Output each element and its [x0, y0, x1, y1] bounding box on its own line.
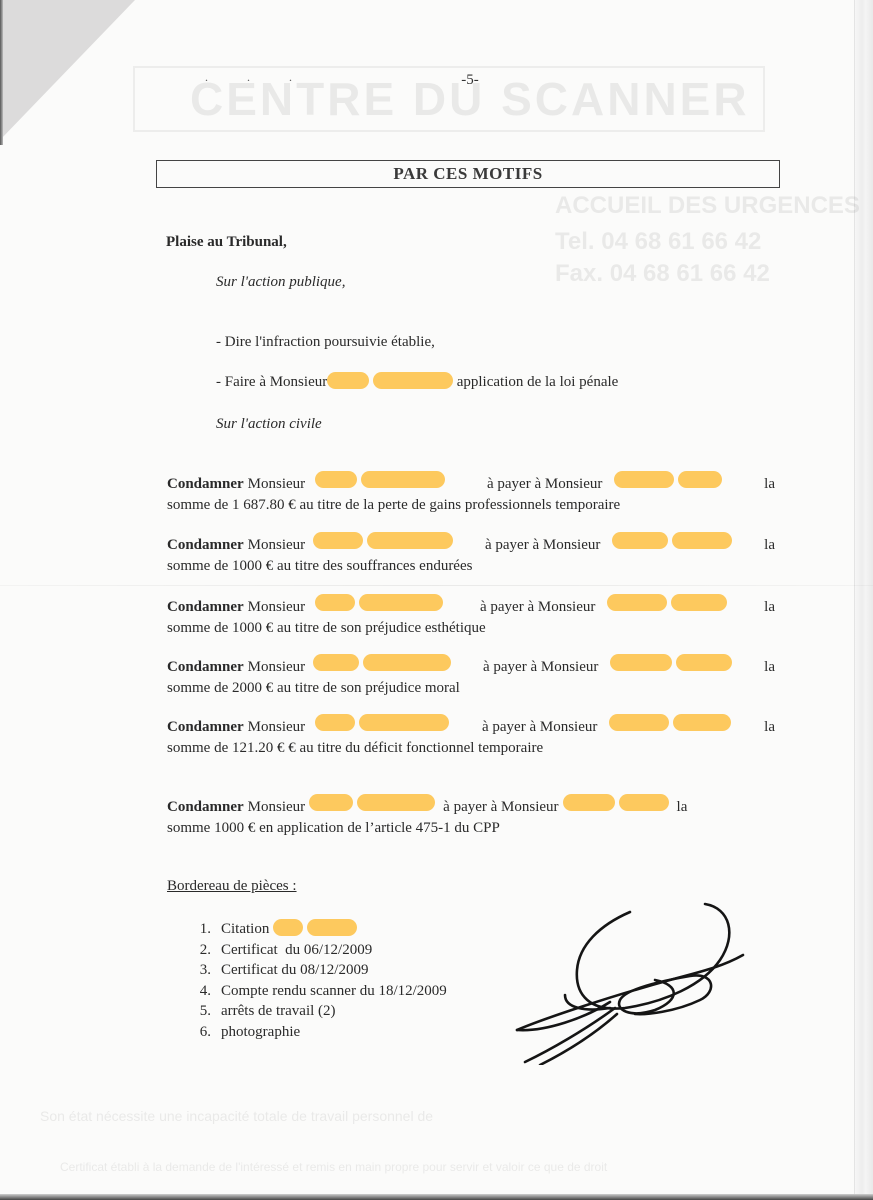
- redacted-name: [671, 594, 727, 611]
- exhibit-number: 6.: [193, 1022, 211, 1043]
- public-item-1: - Dire l'infraction poursuivie établie,: [216, 332, 435, 353]
- exhibit-number: 1.: [193, 919, 211, 940]
- redacted-name: [367, 532, 453, 549]
- condemnation-text: somme de 121.20 € € au titre du déficit …: [167, 738, 775, 759]
- folded-page-corner: [0, 0, 135, 140]
- condemnation-item: Condamner Monsieur à payer à Monsieur la…: [167, 654, 775, 699]
- public-item-2-suffix: application de la loi pénale: [457, 374, 619, 390]
- redacted-name: [309, 794, 353, 811]
- condemnation-text: somme 1000 € en application de l’article…: [167, 818, 727, 839]
- exhibit-item: 4. Compte rendu scanner du 18/12/2009: [193, 981, 447, 1002]
- redacted-name: [563, 794, 615, 811]
- condemnation-item: Condamner Monsieur à payer à Monsieur la…: [167, 594, 775, 639]
- defendant-title: Monsieur: [248, 474, 306, 495]
- redacted-name: [612, 532, 668, 549]
- trailing-word: la: [764, 657, 775, 678]
- defendant-title: Monsieur: [248, 657, 306, 678]
- bordereau-title: Bordereau de pièces :: [167, 878, 297, 895]
- trailing-word: la: [764, 474, 775, 495]
- bleed-through-text: Certificat établi à la demande de l'inté…: [60, 1160, 607, 1174]
- redacted-name: [610, 654, 672, 671]
- redacted-name: [359, 714, 449, 731]
- defendant-title: Monsieur: [248, 797, 306, 818]
- exhibit-label: Compte rendu scanner du 18/12/2009: [221, 981, 447, 1002]
- exhibit-label: Certificat du 08/12/2009: [221, 960, 368, 981]
- civil-action-heading: Sur l'action civile: [216, 414, 322, 435]
- redacted-name: [357, 794, 435, 811]
- condemnation-text: somme de 1000 € au titre de son préjudic…: [167, 618, 775, 639]
- exhibit-label: photographie: [221, 1022, 300, 1043]
- bleed-through-text: Son état nécessite une incapacité totale…: [40, 1108, 433, 1124]
- exhibit-number: 5.: [193, 1001, 211, 1022]
- condemnation-item: Condamner Monsieur à payer à Monsieur la…: [167, 471, 775, 516]
- trailing-word: la: [764, 717, 775, 738]
- redacted-name: [315, 471, 357, 488]
- redacted-name: [673, 714, 731, 731]
- exhibit-label: Certificat du 06/12/2009: [221, 940, 372, 961]
- redacted-name: [676, 654, 732, 671]
- bleed-through-text: ACCUEIL DES URGENCES: [555, 192, 860, 220]
- payee-prefix: à payer à Monsieur: [483, 657, 598, 678]
- payee-prefix: à payer à Monsieur: [487, 474, 602, 495]
- bleed-through-text: Tel. 04 68 61 66 42: [555, 228, 761, 256]
- exhibit-item: 6. photographie: [193, 1022, 447, 1043]
- redacted-name: [315, 594, 355, 611]
- condemnation-verb: Condamner: [167, 597, 244, 618]
- payee-prefix: à payer à Monsieur: [480, 597, 595, 618]
- exhibit-item: 3. Certificat du 08/12/2009: [193, 960, 447, 981]
- exhibit-label: arrêts de travail (2): [221, 1001, 336, 1022]
- condemnation-text: somme de 1000 € au titre des souffrances…: [167, 556, 775, 577]
- condemnation-item: Condamner Monsieur à payer à Monsieur la…: [167, 532, 775, 577]
- exhibit-list: 1. Citation 2. Certificat du 06/12/2009 …: [193, 919, 447, 1042]
- public-item-2-prefix: - Faire à Monsieur: [216, 374, 327, 390]
- redacted-name: [614, 471, 674, 488]
- redacted-name: [307, 919, 357, 936]
- exhibit-item: 2. Certificat du 06/12/2009: [193, 940, 447, 961]
- redacted-name: [607, 594, 667, 611]
- defendant-title: Monsieur: [248, 717, 306, 738]
- public-action-heading: Sur l'action publique,: [216, 272, 345, 293]
- condemnation-text: somme de 2000 € au titre de son préjudic…: [167, 678, 775, 699]
- payee-prefix: à payer à Monsieur: [443, 797, 558, 818]
- redacted-name: [678, 471, 722, 488]
- payee-prefix: à payer à Monsieur: [482, 717, 597, 738]
- condemnation-item: Condamner Monsieur à payer à Monsieur la…: [167, 714, 775, 759]
- redacted-name: [619, 794, 669, 811]
- payee-prefix: à payer à Monsieur: [485, 535, 600, 556]
- exhibit-number: 2.: [193, 940, 211, 961]
- trailing-word: la: [764, 535, 775, 556]
- paper-fold-line: [0, 585, 873, 586]
- condemnation-text: somme de 1 687.80 € au titre de la perte…: [167, 495, 775, 516]
- redacted-name: [327, 372, 369, 389]
- defendant-title: Monsieur: [248, 535, 306, 556]
- exhibit-item: 1. Citation: [193, 919, 447, 940]
- trailing-word: la: [764, 597, 775, 618]
- handwritten-signature: [505, 890, 745, 1065]
- condemnation-verb: Condamner: [167, 535, 244, 556]
- redacted-name: [373, 372, 453, 389]
- public-item-2: - Faire à Monsieur application de la loi…: [216, 372, 618, 393]
- redacted-name: [363, 654, 451, 671]
- redacted-name: [313, 654, 359, 671]
- redacted-name: [315, 714, 355, 731]
- redacted-name: [313, 532, 363, 549]
- defendant-title: Monsieur: [248, 597, 306, 618]
- salutation: Plaise au Tribunal,: [166, 232, 287, 253]
- scan-edge-right: [854, 0, 873, 1195]
- exhibit-item: 5. arrêts de travail (2): [193, 1001, 447, 1022]
- scan-edge-bottom: [0, 1194, 873, 1200]
- condemnation-item: Condamner Monsieur à payer à Monsieur la…: [167, 794, 727, 839]
- exhibit-number: 4.: [193, 981, 211, 1002]
- redacted-name: [273, 919, 303, 936]
- redacted-name: [361, 471, 445, 488]
- condemnation-verb: Condamner: [167, 657, 244, 678]
- condemnation-verb: Condamner: [167, 474, 244, 495]
- bleed-through-text: Fax. 04 68 61 66 42: [555, 260, 770, 288]
- condemnation-verb: Condamner: [167, 717, 244, 738]
- page-number: -5-: [0, 72, 873, 89]
- redacted-name: [359, 594, 443, 611]
- trailing-word: la: [677, 797, 688, 818]
- section-title: PAR CES MOTIFS: [156, 160, 780, 188]
- redacted-name: [672, 532, 732, 549]
- exhibit-label: Citation: [221, 919, 357, 940]
- redacted-name: [609, 714, 669, 731]
- condemnation-verb: Condamner: [167, 797, 244, 818]
- exhibit-number: 3.: [193, 960, 211, 981]
